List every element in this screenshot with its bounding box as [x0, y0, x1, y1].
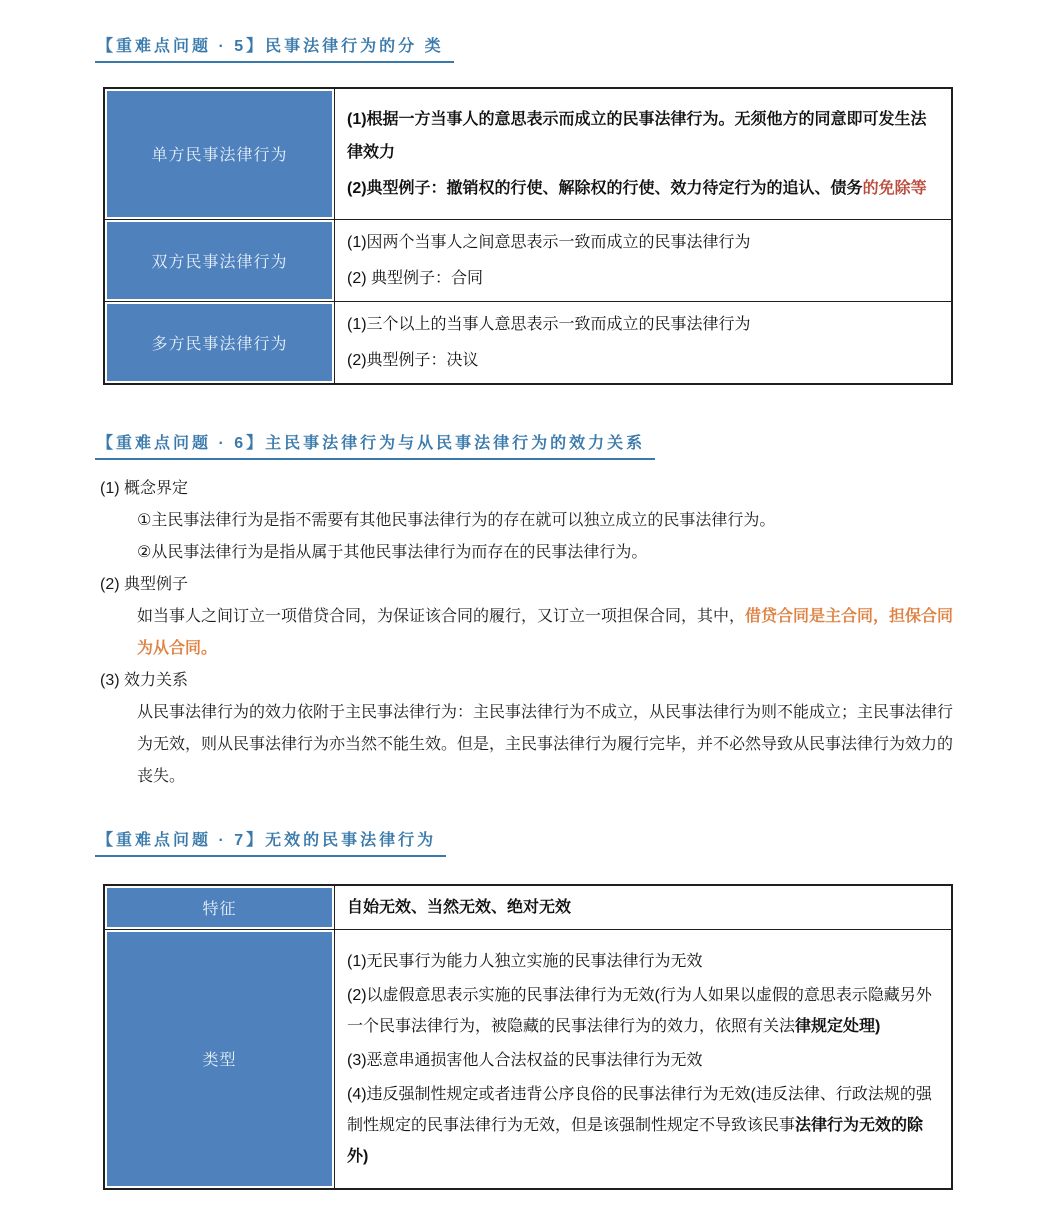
invalid-acts-table: 特征 自始无效、当然无效、绝对无效 类型 (1)无民事行为能力人独立实施的民事法…	[103, 884, 953, 1190]
table-row-features: 特征 自始无效、当然无效、绝对无效	[104, 885, 952, 930]
list-item-1: (1) 概念界定	[100, 473, 958, 505]
row-header-unilateral: 单方民事法律行为	[104, 88, 335, 219]
section-heading-6: 【重难点问题 · 6】主民事法律行为与从民事法律行为的效力关系	[95, 430, 655, 460]
table-row-bilateral: 双方民事法律行为 (1)因两个当事人之间意思表示一致而成立的民事法律行为 (2)…	[104, 219, 952, 301]
content-line: 自始无效、当然无效、绝对无效	[347, 892, 935, 923]
document-page: 【重难点问题 · 5】民事法律行为的分 类 单方民事法律行为 (1)根据一方当事…	[0, 0, 1058, 1217]
row-header-features: 特征	[104, 885, 335, 930]
row-content-features: 自始无效、当然无效、绝对无效	[335, 885, 953, 930]
section-heading-6-text: 【重难点问题 · 6】主民事法律行为与从民事法律行为的效力关系	[97, 435, 645, 452]
row-content-multilateral: (1)三个以上的当事人意思表示一致而成立的民事法律行为 (2)典型例子：决议	[335, 301, 953, 384]
row-content-types: (1)无民事行为能力人独立实施的民事法律行为无效 (2)以虚假意思表示实施的民事…	[335, 930, 953, 1189]
row-header-types: 类型	[104, 930, 335, 1189]
content-line: (1)无民事行为能力人独立实施的民事法律行为无效	[347, 946, 935, 977]
list-item-2: (2) 典型例子	[100, 569, 958, 601]
section-heading-7-text: 【重难点问题 · 7】无效的民事法律行为	[97, 832, 436, 849]
list-item-3: (3) 效力关系	[100, 665, 958, 697]
section-heading-5: 【重难点问题 · 5】民事法律行为的分 类	[95, 33, 454, 63]
row-content-bilateral: (1)因两个当事人之间意思表示一致而成立的民事法律行为 (2) 典型例子：合同	[335, 219, 953, 301]
content-line: (4)违反强制性规定或者违背公序良俗的民事法律行为无效(违反法律、行政法规的强制…	[347, 1079, 935, 1172]
content-line: (1)根据一方当事人的意思表示而成立的民事法律行为。无须他方的同意即可发生法律效…	[347, 103, 935, 169]
table-row-multilateral: 多方民事法律行为 (1)三个以上的当事人意思表示一致而成立的民事法律行为 (2)…	[104, 301, 952, 384]
table-row-unilateral: 单方民事法律行为 (1)根据一方当事人的意思表示而成立的民事法律行为。无须他方的…	[104, 88, 952, 219]
content-line: (1)三个以上的当事人意思表示一致而成立的民事法律行为	[347, 308, 935, 341]
sub-item-3a: 从民事法律行为的效力依附于主民事法律行为：主民事法律行为不成立，从民事法律行为则…	[137, 697, 958, 793]
content-line: (1)因两个当事人之间意思表示一致而成立的民事法律行为	[347, 226, 935, 259]
row-header-multilateral: 多方民事法律行为	[104, 301, 335, 384]
table-row-types: 类型 (1)无民事行为能力人独立实施的民事法律行为无效 (2)以虚假意思表示实施…	[104, 930, 952, 1189]
content-line: (2) 典型例子：合同	[347, 262, 935, 295]
content-line: (2)以虚假意思表示实施的民事法律行为无效(行为人如果以虚假的意思表示隐藏另外一…	[347, 980, 935, 1042]
sub-item-2a: 如当事人之间订立一项借贷合同，为保证该合同的履行，又订立一项担保合同，其中，借贷…	[137, 601, 958, 665]
sub-item-1b: ②从民事法律行为是指从属于其他民事法律行为而存在的民事法律行为。	[137, 537, 958, 569]
content-line: (3)恶意串通损害他人合法权益的民事法律行为无效	[347, 1045, 935, 1076]
content-line: (2)典型例子：决议	[347, 344, 935, 377]
content-line: (2)典型例子：撤销权的行使、解除权的行使、效力待定行为的追认、债务的免除等	[347, 172, 935, 205]
row-content-unilateral: (1)根据一方当事人的意思表示而成立的民事法律行为。无须他方的同意即可发生法律效…	[335, 88, 953, 219]
sub-item-1a: ①主民事法律行为是指不需要有其他民事法律行为的存在就可以独立成立的民事法律行为。	[137, 505, 958, 537]
section-heading-7: 【重难点问题 · 7】无效的民事法律行为	[95, 827, 446, 857]
section-heading-5-text: 【重难点问题 · 5】民事法律行为的分 类	[97, 38, 444, 55]
classification-table: 单方民事法律行为 (1)根据一方当事人的意思表示而成立的民事法律行为。无须他方的…	[103, 87, 953, 385]
section-6-body: (1) 概念界定 ①主民事法律行为是指不需要有其他民事法律行为的存在就可以独立成…	[100, 473, 958, 793]
row-header-bilateral: 双方民事法律行为	[104, 219, 335, 301]
